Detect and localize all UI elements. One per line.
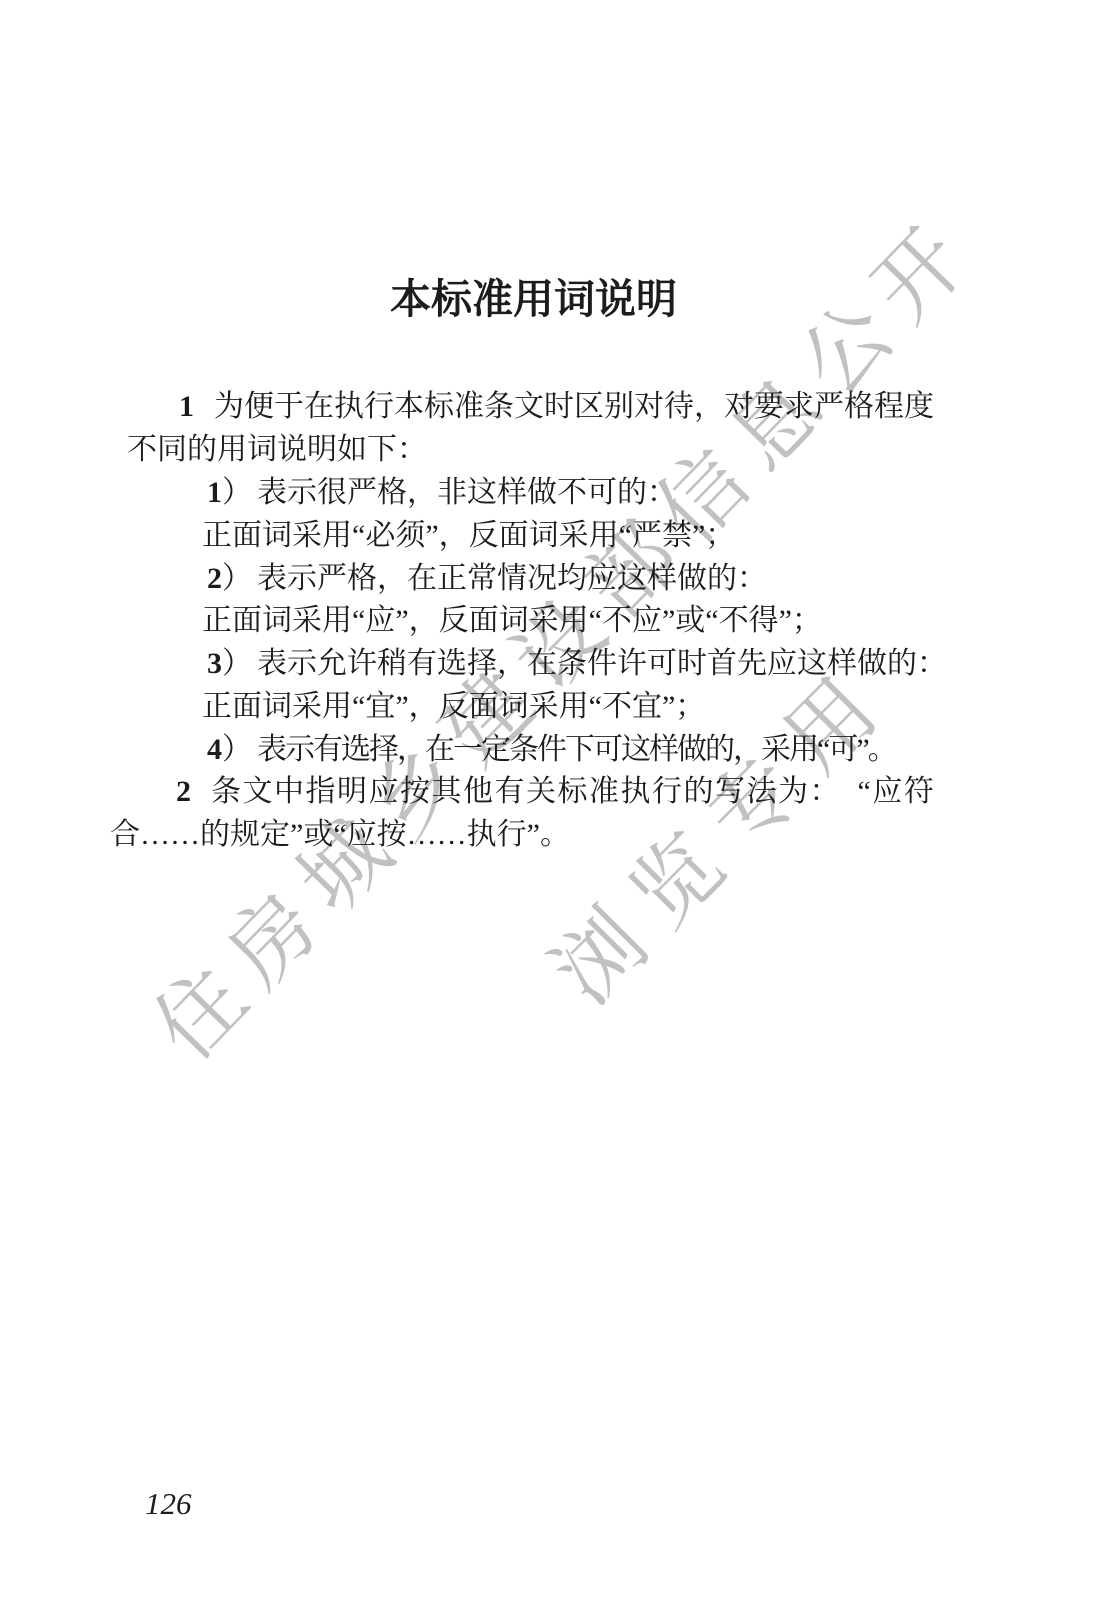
list-item-3-line-1: 3）表示允许稍有选择，在条件许可时首先应这样做的： xyxy=(207,647,947,681)
list-number-bracket: ） xyxy=(222,476,252,509)
paragraph-2-line-1: 2条文中指明应按其他有关标准执行的写法为： “应符 xyxy=(176,775,935,809)
paragraph-number: 1 xyxy=(179,390,194,423)
paragraph-1-line-1: 1为便于在执行本标准条文时区别对待，对要求严格程度 xyxy=(179,390,934,424)
list-number: 4 xyxy=(207,733,222,766)
list-item-2-line-2: 正面词采用“应”，反面词采用“不应”或“不得”； xyxy=(202,604,822,638)
line-text: 正面词采用“应”，反面词采用“不应”或“不得”； xyxy=(202,604,822,637)
page-title: 本标准用词说明 xyxy=(127,266,940,325)
list-number: 2 xyxy=(207,562,222,595)
list-number-bracket: ） xyxy=(222,647,252,680)
line-text: 不同的用词说明如下： xyxy=(127,433,427,466)
paragraph-2-line-2: 合……的规定”或“应按……执行”。 xyxy=(110,818,570,852)
list-number: 1 xyxy=(207,476,222,509)
paragraph-1-line-2: 不同的用词说明如下： xyxy=(127,433,427,467)
list-item-3-line-2: 正面词采用“宜”，反面词采用“不宜”； xyxy=(202,690,705,724)
line-text: 为便于在执行本标准条文时区别对待，对要求严格程度 xyxy=(214,390,934,423)
line-text: 表示允许稍有选择，在条件许可时首先应这样做的： xyxy=(257,647,947,680)
line-text: 条文中指明应按其他有关标准执行的写法为： “应符 xyxy=(211,775,935,808)
paragraph-number: 2 xyxy=(176,775,191,808)
line-text: 表示有选择，在一定条件下可这样做的，采用“可”。 xyxy=(257,733,896,766)
list-number-bracket: ） xyxy=(222,733,252,766)
page-number: 126 xyxy=(145,1486,192,1522)
list-number-bracket: ） xyxy=(222,562,252,595)
line-text: 表示很严格，非这样做不可的： xyxy=(257,476,677,509)
document-page: 住房城乡建设部信息公开 浏览专用 本标准用词说明 1为便于在执行本标准条文时区别… xyxy=(0,0,1103,1598)
list-item-1-line-1: 1）表示很严格，非这样做不可的： xyxy=(207,476,677,510)
line-text: 正面词采用“必须”，反面词采用“严禁”； xyxy=(202,519,735,552)
list-item-4-line-1: 4）表示有选择，在一定条件下可这样做的，采用“可”。 xyxy=(207,733,896,767)
line-text: 正面词采用“宜”，反面词采用“不宜”； xyxy=(202,690,705,723)
line-text: 合……的规定”或“应按……执行”。 xyxy=(110,818,570,851)
list-item-1-line-2: 正面词采用“必须”，反面词采用“严禁”； xyxy=(202,519,735,553)
list-item-2-line-1: 2）表示严格，在正常情况均应这样做的： xyxy=(207,562,767,596)
list-number: 3 xyxy=(207,647,222,680)
line-text: 表示严格，在正常情况均应这样做的： xyxy=(257,562,767,595)
